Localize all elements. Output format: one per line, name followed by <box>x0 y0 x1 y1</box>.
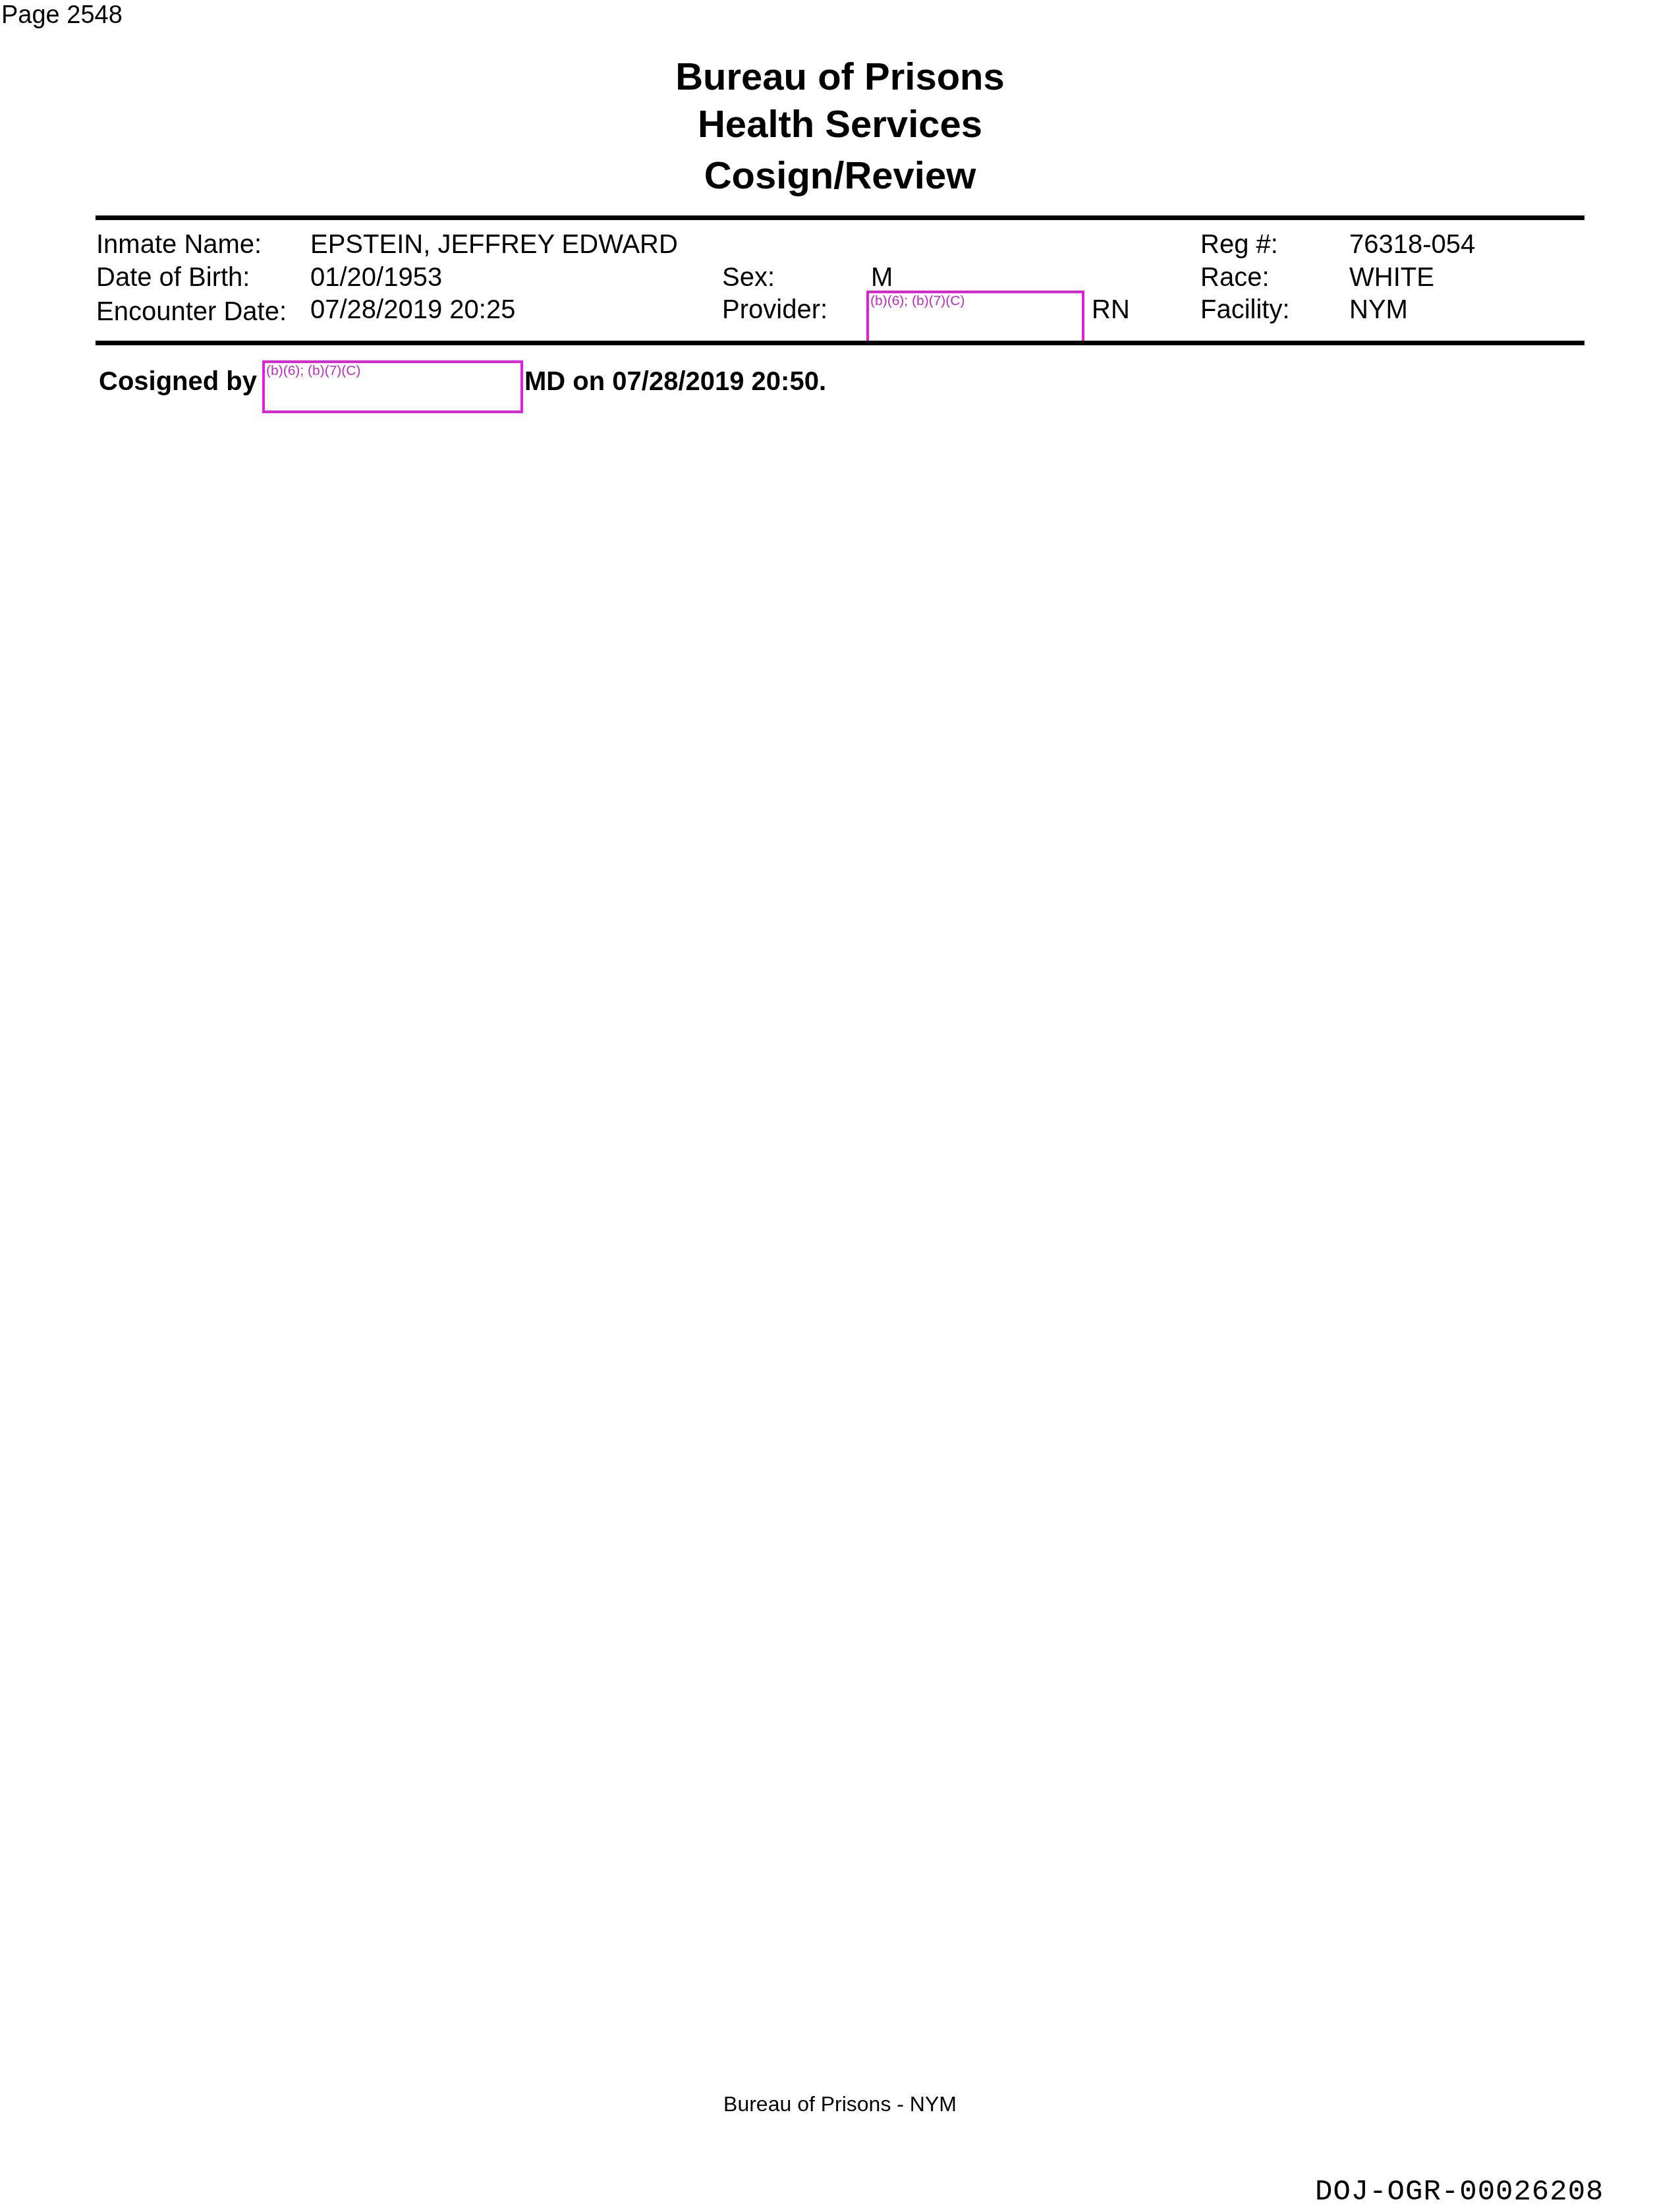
race-value: WHITE <box>1349 262 1434 293</box>
reg-number-label: Reg #: <box>1200 229 1278 260</box>
inmate-name-value: EPSTEIN, JEFFREY EDWARD <box>310 229 678 260</box>
date-of-birth-label: Date of Birth: <box>96 262 250 293</box>
cosigned-by-label: Cosigned by <box>99 366 257 397</box>
document-title: Cosign/Review <box>0 154 1680 198</box>
page-number: Page 2548 <box>1 0 123 30</box>
agency-title: Bureau of Prisons <box>0 55 1680 99</box>
department-title: Health Services <box>0 103 1680 146</box>
facility-value: NYM <box>1349 294 1408 326</box>
date-of-birth-value: 01/20/1953 <box>310 262 442 293</box>
encounter-date-label: Encounter Date: <box>96 296 287 327</box>
inmate-name-label: Inmate Name: <box>96 229 262 260</box>
bates-number: DOJ-OGR-00026208 <box>1315 2176 1604 2209</box>
provider-credential: RN <box>1092 294 1130 326</box>
provider-redaction-code: (b)(6); (b)(7)(C) <box>870 293 965 309</box>
header-divider-top <box>96 215 1584 220</box>
encounter-date-value: 07/28/2019 20:25 <box>310 294 515 326</box>
provider-redaction-box: (b)(6); (b)(7)(C) <box>866 291 1084 343</box>
cosigner-redaction-box: (b)(6); (b)(7)(C) <box>262 360 523 413</box>
header-divider-bottom <box>96 341 1584 345</box>
race-label: Race: <box>1200 262 1270 293</box>
sex-value: M <box>871 262 893 293</box>
cosign-details: MD on 07/28/2019 20:50. <box>524 366 826 397</box>
provider-label: Provider: <box>722 294 827 326</box>
reg-number-value: 76318-054 <box>1349 229 1475 260</box>
footer-facility: Bureau of Prisons - NYM <box>0 2091 1680 2117</box>
sex-label: Sex: <box>722 262 775 293</box>
cosigner-redaction-code: (b)(6); (b)(7)(C) <box>266 363 360 379</box>
facility-label: Facility: <box>1200 294 1290 326</box>
